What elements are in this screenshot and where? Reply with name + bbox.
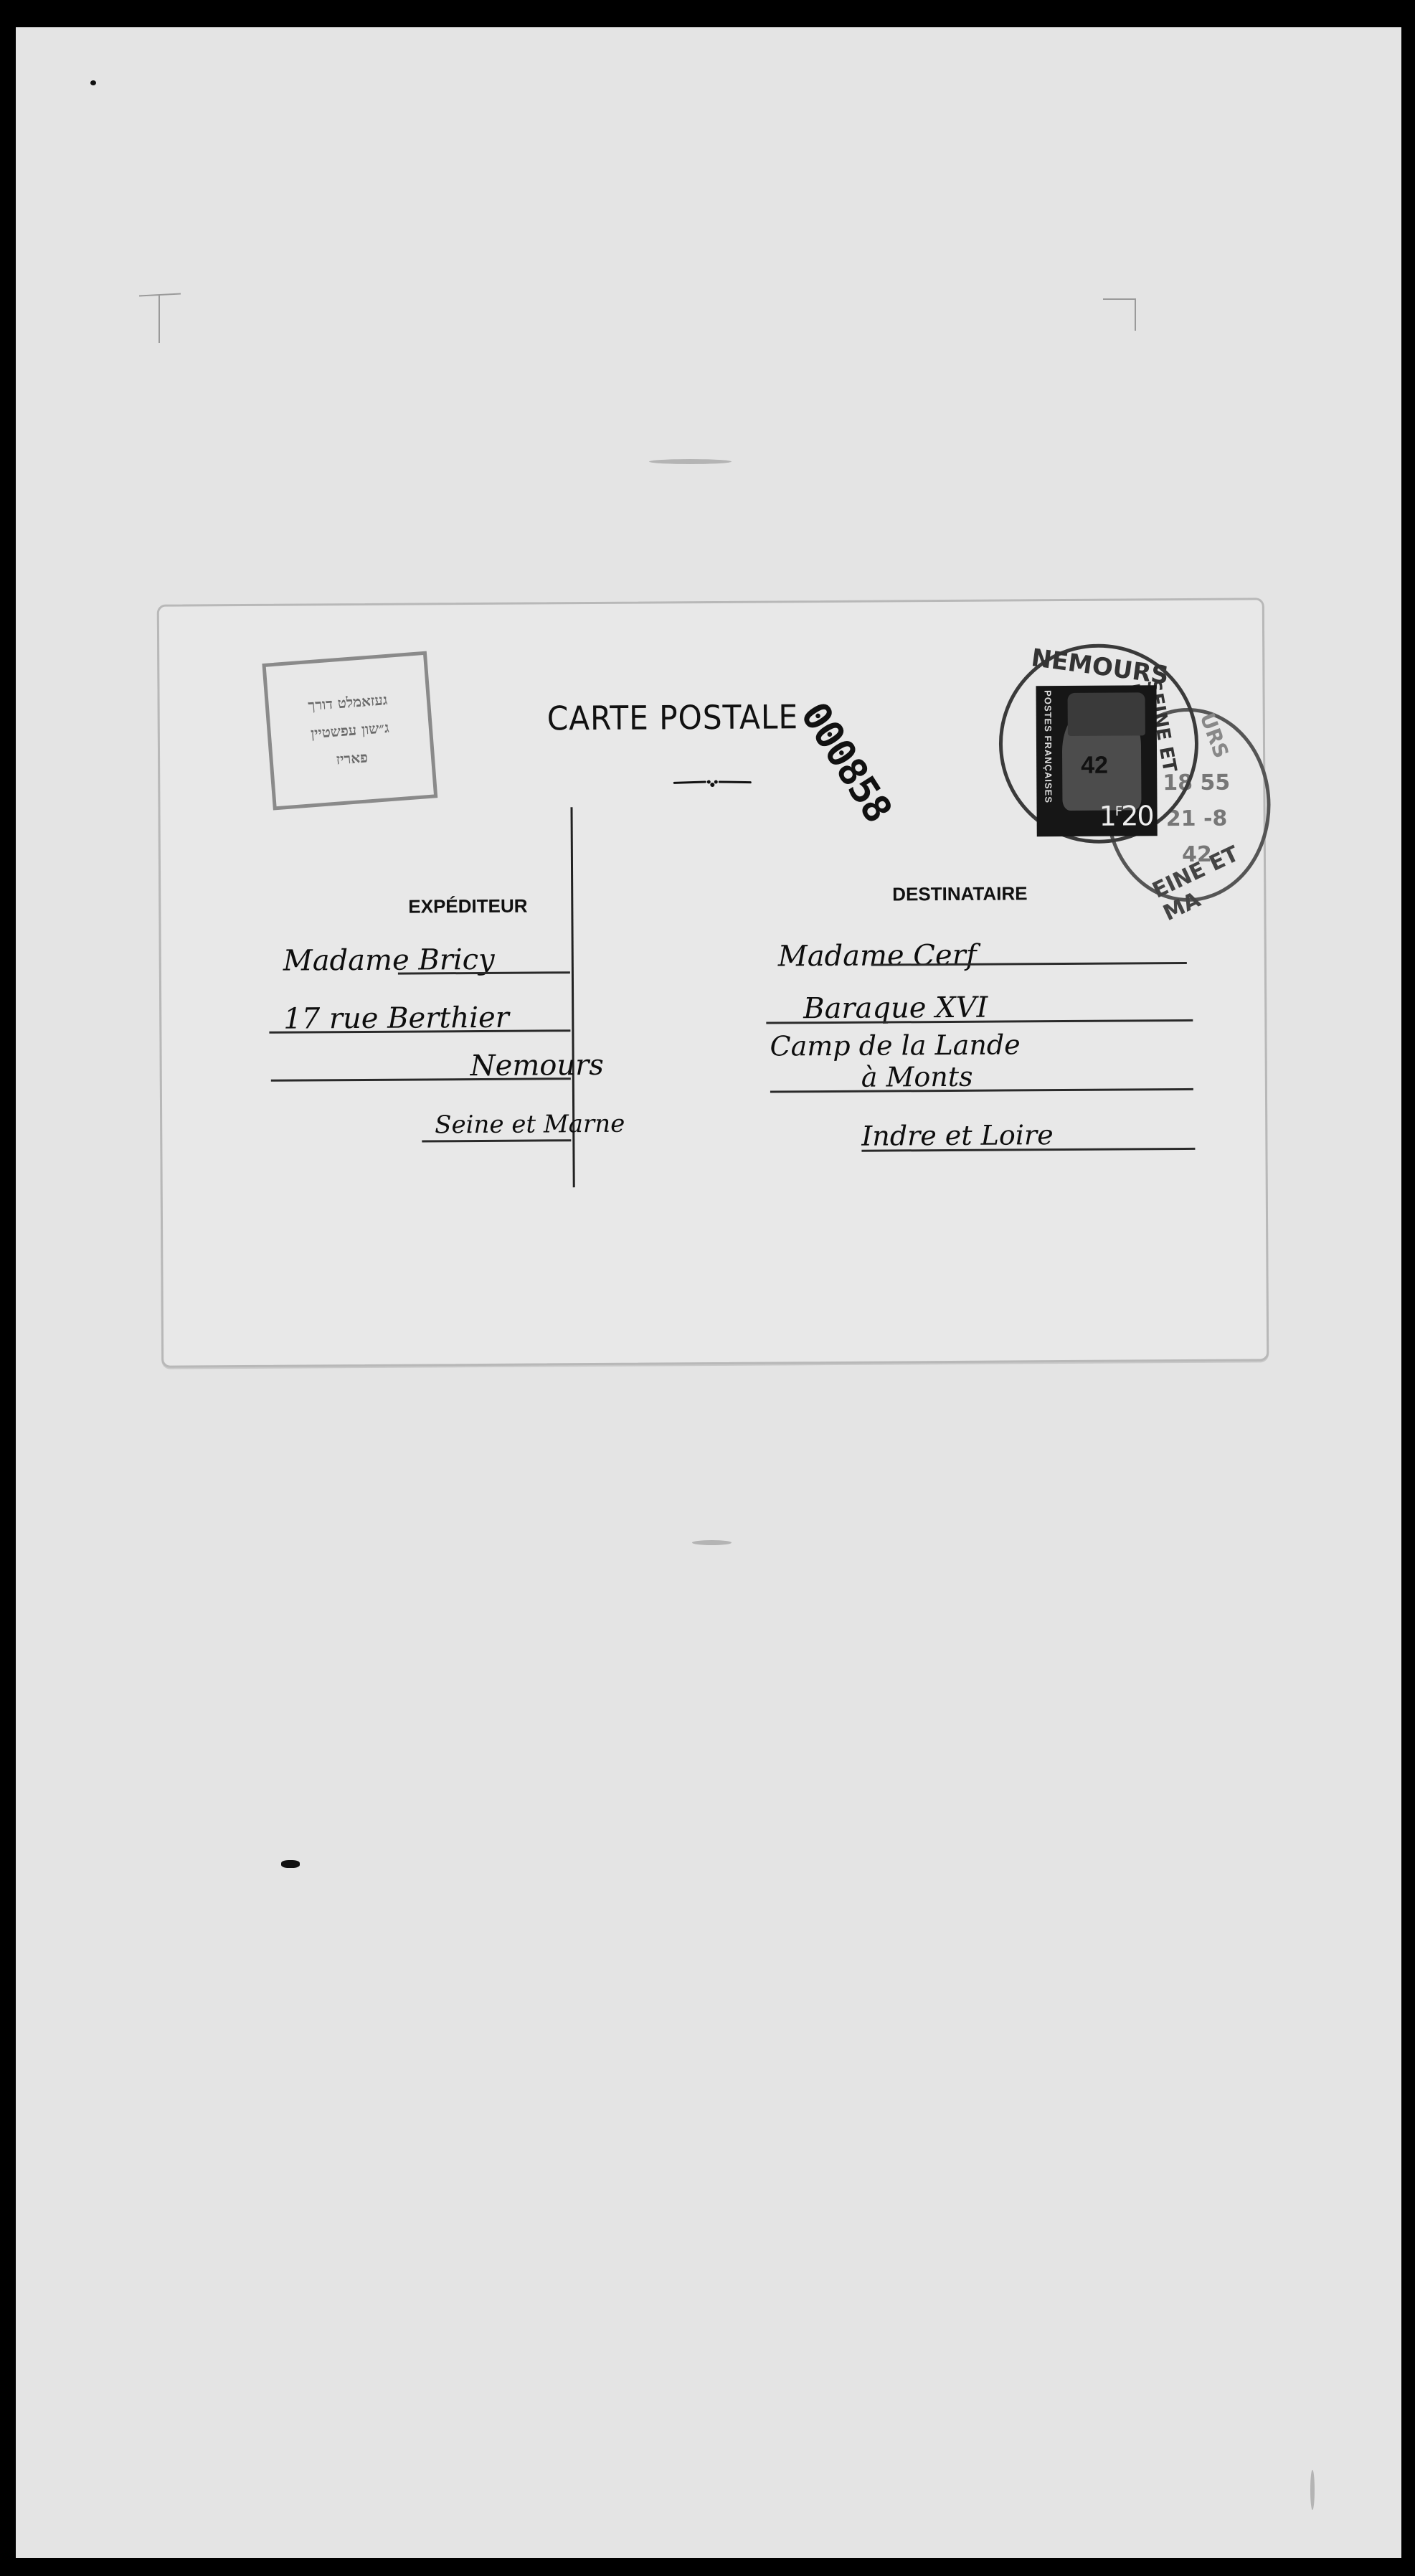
stamp-country-text: POSTES FRANÇAISES: [1039, 690, 1054, 834]
scan-speck: [90, 80, 96, 85]
collector-stamp-line-2: ג״שון עפשטיין: [310, 719, 389, 742]
recipient-line-3: Camp de la Lande: [770, 1029, 1020, 1062]
stamp-cancel-mark: 42: [1081, 752, 1108, 780]
postcard-title: CARTE POSTALE: [547, 697, 799, 737]
recipient-line-4: à Monts: [861, 1061, 973, 1093]
recipient-rule-3: [770, 1088, 1193, 1093]
collector-stamp: געזאמלט דורך ג״שון עפשטיין פאריז: [262, 651, 437, 811]
kepi-icon: [1068, 692, 1145, 736]
sender-rule-4: [422, 1139, 571, 1142]
recipient-line-5: Indre et Loire: [861, 1119, 1054, 1152]
recipient-line-1: Madame Cerf: [778, 939, 977, 973]
crop-mark-top-right: [1103, 298, 1136, 300]
collector-stamp-line-3: פאריז: [336, 748, 369, 768]
stamp-value-cents: 20: [1121, 800, 1153, 831]
scan-blot: [281, 1860, 300, 1868]
sender-label: EXPÉDITEUR: [408, 895, 527, 918]
sender-line-4: Seine et Marne: [435, 1110, 625, 1140]
recipient-label: DESTINATAIRE: [892, 882, 1027, 905]
registration-mark-middle: [692, 1540, 732, 1545]
crop-mark-top-left: [139, 293, 181, 296]
crop-mark-top-right-stem: [1135, 298, 1136, 331]
stamp-value-main: 1: [1099, 801, 1115, 832]
postmark-year: 42: [1163, 837, 1231, 874]
serial-number: 000858: [792, 694, 900, 829]
registration-mark-top: [649, 459, 732, 464]
crop-mark-top-left-stem: [158, 296, 160, 343]
scan-streak: [1310, 2470, 1315, 2510]
postcard: געזאמלט דורך ג״שון עפשטיין פאריז CARTE P…: [157, 598, 1269, 1367]
stamp-value: 1F20: [1099, 800, 1153, 831]
collector-stamp-line-1: געזאמלט דורך: [308, 691, 389, 714]
stamp-value-unit: F: [1115, 804, 1121, 819]
postage-stamp: POSTES FRANÇAISES 42 1F20: [1036, 685, 1157, 836]
ornament-divider-icon: [673, 778, 752, 788]
